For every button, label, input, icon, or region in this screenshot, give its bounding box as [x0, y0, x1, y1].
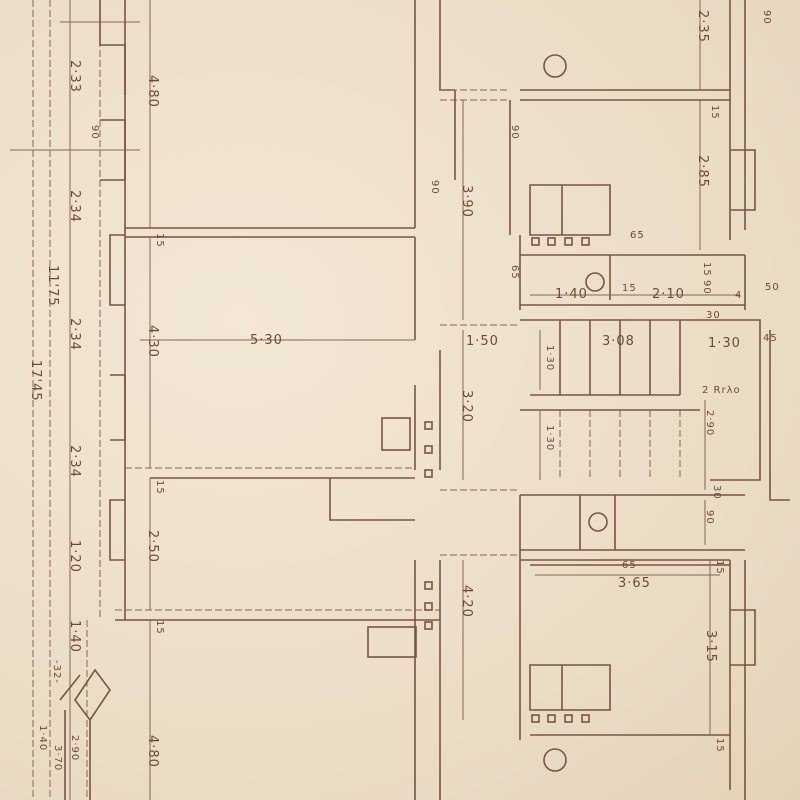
stair-note: 2 Rrλo	[702, 385, 741, 396]
dim-corridor-mid-length: 3·20	[459, 390, 474, 423]
dim-room-bottom-left-depth: 4·80	[145, 735, 160, 768]
floor-plan-drawing	[0, 0, 800, 800]
dim-room-top-left-depth: 4·80	[145, 75, 160, 108]
dim-bedroom-top-right-top: 2·35	[695, 10, 710, 43]
dim-bedroom-bottom-right-door: 65	[622, 560, 637, 571]
dim-stair-flight-b: 1·30	[544, 425, 555, 451]
dim-left-window-1: 90	[89, 125, 100, 140]
dim-left-small-4: 1·40	[37, 725, 48, 751]
dim-stair-run: 3·08	[602, 334, 635, 349]
dim-bath-upper-offset-b: 15	[622, 283, 637, 294]
dim-bedroom-bottom-right-offset-top: 15	[714, 560, 725, 575]
dim-bedroom-top-right-depth: 2·85	[695, 155, 710, 188]
dim-left-segment-4: 2·34	[67, 445, 82, 478]
dim-bedroom-bottom-right-width: 3·65	[618, 576, 651, 591]
dim-left-segment-1: 2·33	[67, 60, 82, 93]
dim-bath-upper-offset-c: 15	[701, 262, 712, 277]
dim-corridor-door-a: 90	[429, 180, 440, 195]
dim-left-small-3: 3·70	[52, 745, 63, 771]
dim-room-living-width: 5·30	[250, 333, 283, 348]
dim-stair-flight-a: 1·30	[544, 345, 555, 371]
dim-room-bottom-left-offset: 15	[154, 620, 165, 635]
dim-stair-landing: 1·30	[708, 336, 741, 351]
dim-left-segment-2: 2·34	[67, 190, 82, 223]
dim-bedroom-bottom-right-offset-bottom: 15	[714, 738, 725, 753]
dim-corridor-lower-length: 4·20	[459, 585, 474, 618]
dim-stair-wall: 45	[763, 333, 778, 344]
dim-bath-upper-width2: 2·10	[652, 287, 685, 302]
dim-left-overall: 17'45	[28, 360, 43, 402]
dim-corridor-upper-length: 3·90	[459, 185, 474, 218]
dim-stair-step: 30	[706, 310, 721, 321]
dim-bath-lower-offset: 30	[711, 485, 722, 500]
dim-left-subtotal: 11'75	[45, 265, 60, 307]
dim-room-living-offset: 15	[154, 233, 165, 248]
dim-corridor-mid-width: 1·50	[466, 334, 499, 349]
floor-plan-sheet: 2·33 2·34 2·34 2·34 1·20 1·40 90 11'75 1…	[0, 0, 800, 800]
dim-bedroom-top-right-door: 65	[630, 230, 645, 241]
dim-left-segment-3: 2·34	[67, 318, 82, 351]
dim-bath-upper-offset-a: 65	[509, 265, 520, 280]
dim-room-living-depth: 4·30	[145, 325, 160, 358]
dim-bedroom-bottom-right-depth: 3·15	[703, 630, 718, 663]
dim-left-segment-5: 1·20	[67, 540, 82, 573]
dim-bath-upper-width: 1·40	[555, 287, 588, 302]
dim-bath-upper-wall: 4	[735, 290, 742, 301]
dim-bath-lower-depth: 90	[704, 510, 715, 525]
dim-room-small-offset: 15	[154, 480, 165, 495]
dim-bath-upper-depth: 90	[701, 280, 712, 295]
dim-left-segment-6: 1·40	[67, 620, 82, 653]
dim-corridor-door-b: 90	[509, 125, 520, 140]
dim-bedroom-top-right-offset: 15	[709, 105, 720, 120]
dim-bedroom-top-right-window: 90	[761, 10, 772, 25]
dim-left-small-2: 2·90	[69, 735, 80, 761]
dim-room-small-depth: 2·50	[145, 530, 160, 563]
dim-stair-depth-below: 2·90	[704, 410, 715, 436]
dim-left-small-1: -32-	[51, 660, 62, 684]
dim-bath-upper-outer: 50	[765, 282, 780, 293]
